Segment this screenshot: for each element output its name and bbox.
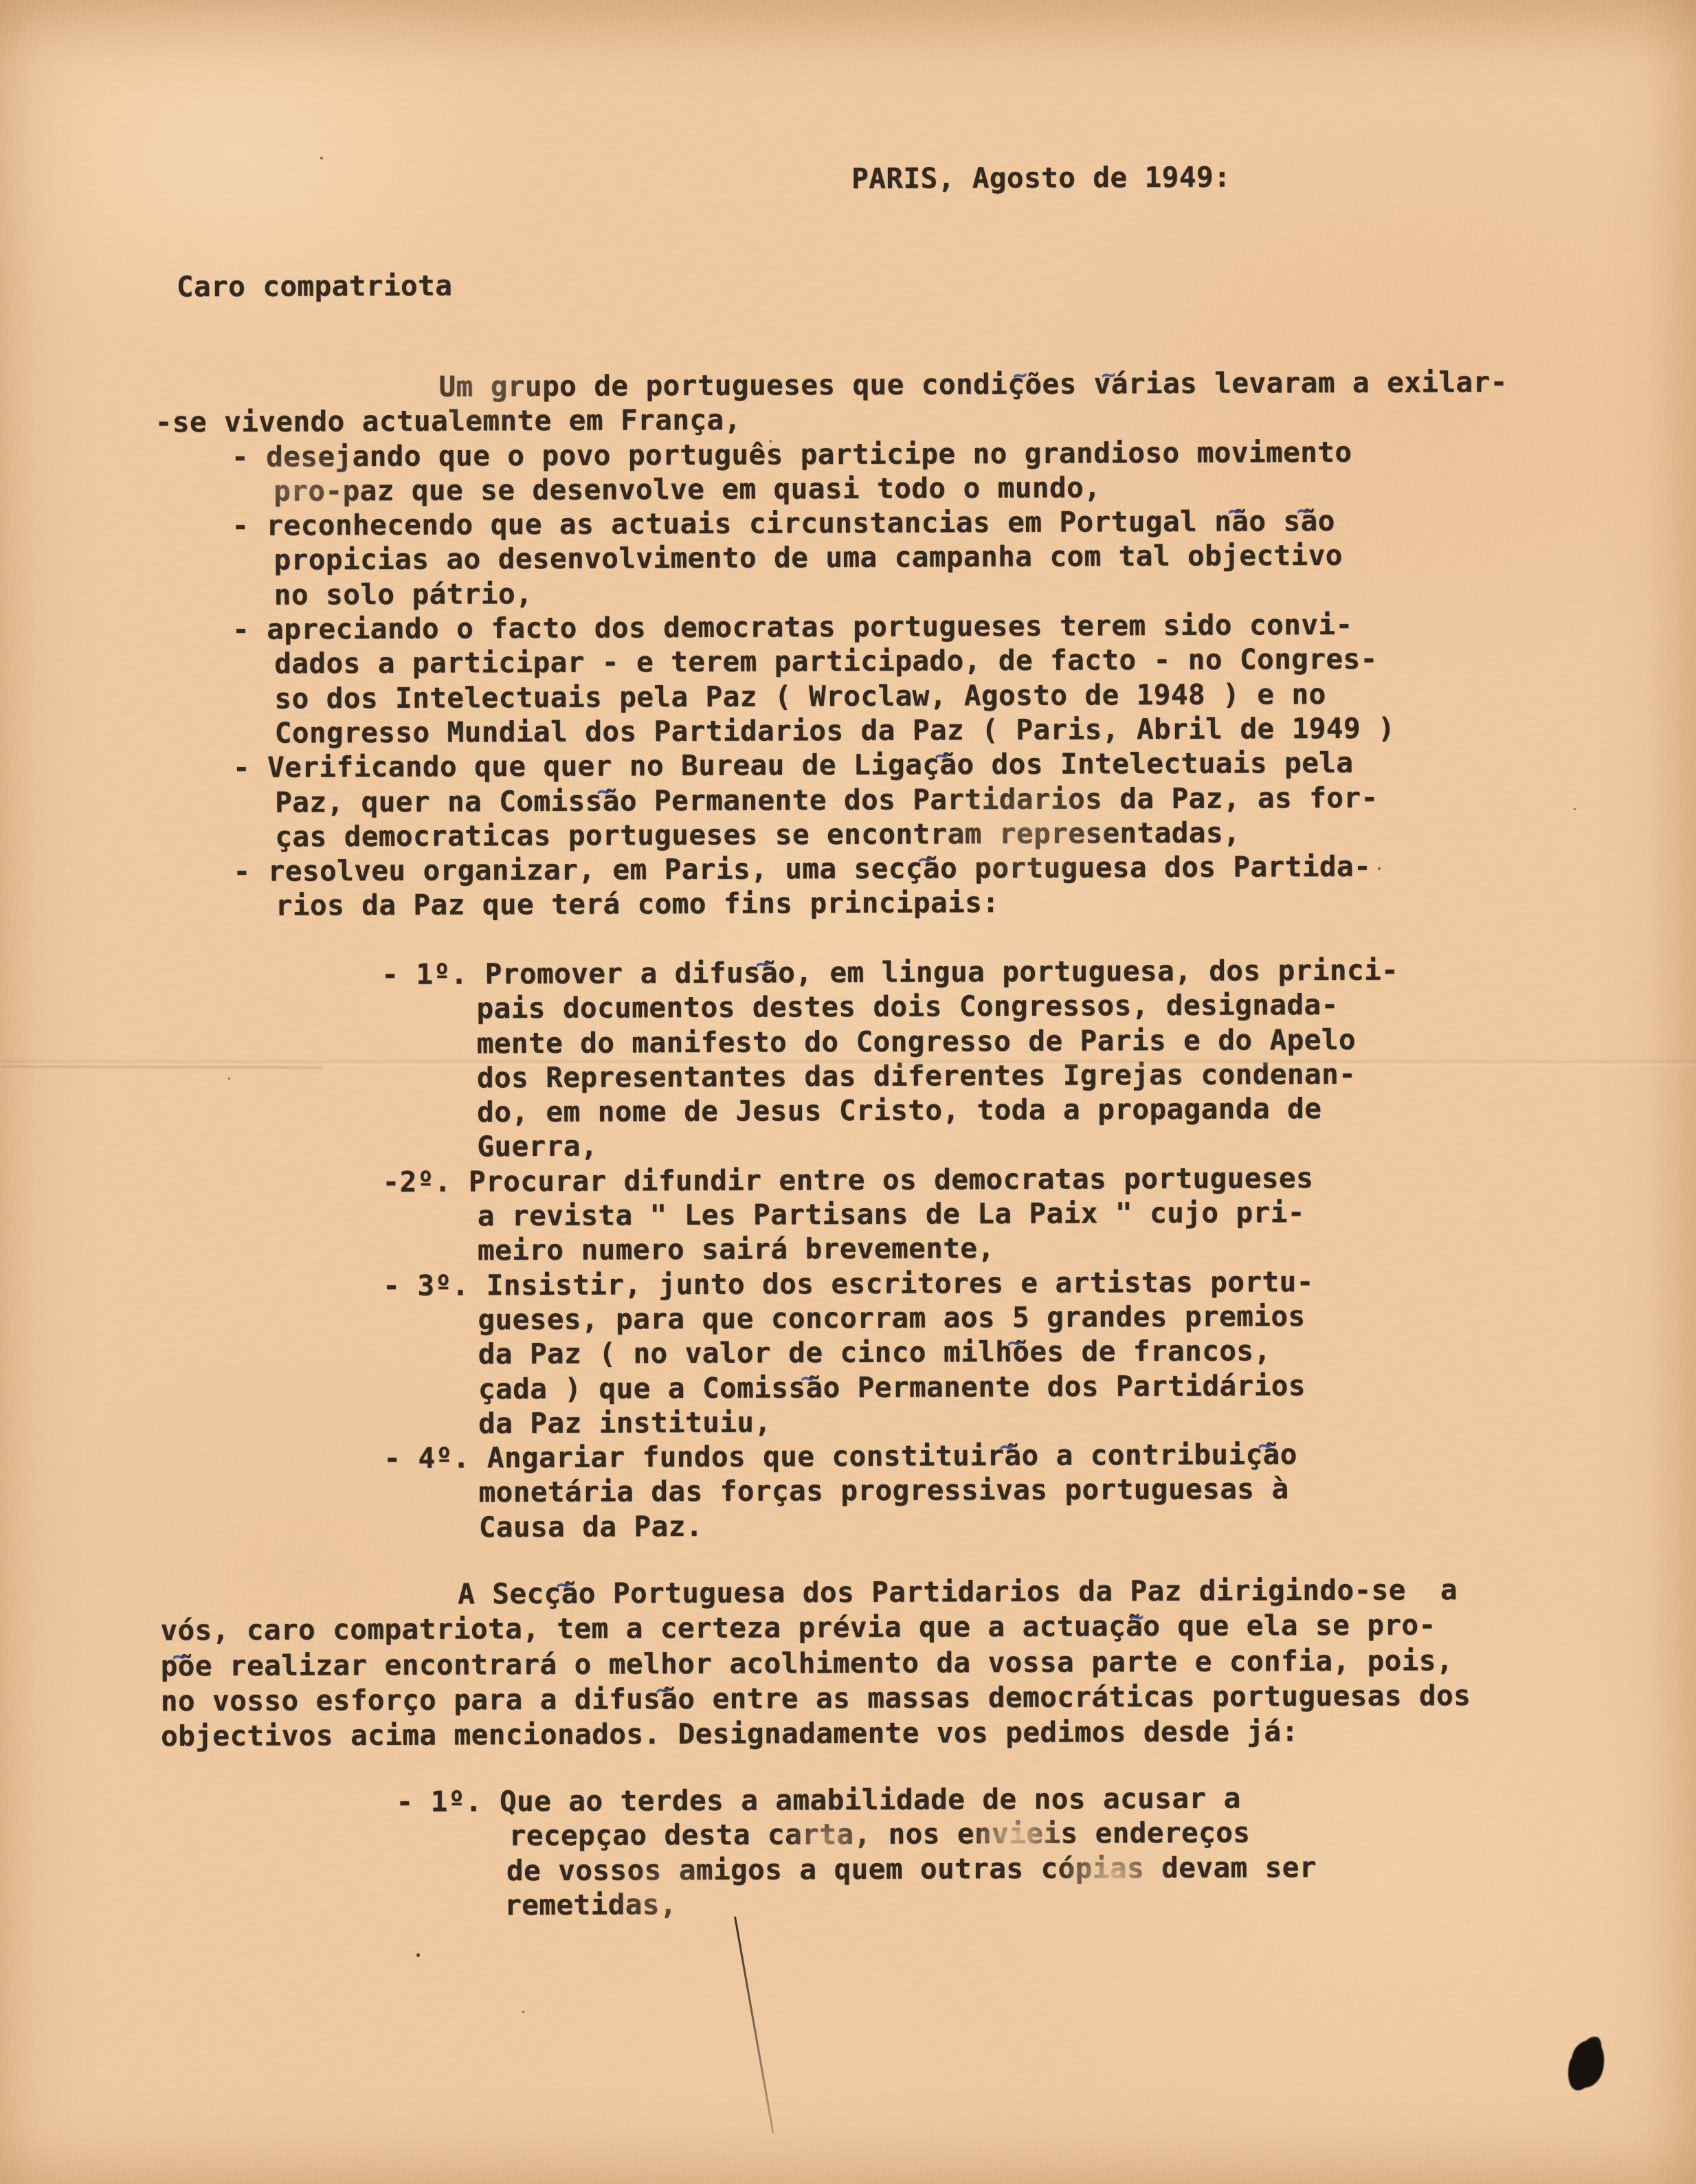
paper-speck [770,440,772,443]
opening-paragraph: Um grupo de portugueses que condições vá… [155,365,1510,924]
request-list: - 1º. Que ao terdes a amabilidade de nos… [396,1781,1317,1923]
letter-line: -se vivendo actualemnte em França, [155,399,1508,440]
letter-line: - desejando que o povo português partici… [155,434,1508,474]
letter-line: no solo pátrio, [156,572,1508,613]
letter-line: Congresso Mundial dos Partidarios da Paz… [157,711,1509,751]
letter-line: - 1º. Que ao terdes a amabilidade de nos… [396,1781,1316,1819]
letter-line: ças democraticas portugueses se encontra… [157,814,1509,855]
aims-list: - 1º. Promover a difusão, em lingua port… [381,953,1401,1545]
letter-line: do, em nome de Jesus Cristo, toda a prop… [382,1091,1399,1130]
letter-line: da Paz instituiu, [383,1402,1401,1441]
letter-line: - Verificando que quer no Bureau de Liga… [157,745,1509,785]
letter-line: gueses, para que concorram aos 5 grandes… [383,1298,1400,1337]
dateline: PARIS, Agosto de 1949: [851,160,1231,196]
paper-speck [320,157,323,159]
paper-speck [416,1953,420,1957]
letter-line: remetidas, [397,1884,1317,1923]
letter-line: objectivos acima mencionados. Designadam… [161,1713,1471,1754]
letter-line: mente do manifesto do Congresso de Paris… [382,1022,1399,1061]
letter-line: Guerra, [382,1126,1399,1165]
letter-line: A Secção Portuguesa dos Partidarios da P… [160,1572,1471,1614]
letter-line: de vossos amigos a quem outras cópias de… [397,1850,1317,1888]
letter-line: recepçao desta carta, nos envieis endere… [397,1815,1317,1853]
paper-speck [522,2011,524,2013]
letter-line: pais documentos destes dois Congressos, … [381,988,1398,1027]
letter-line: a revista " Les Partisans de La Paix " c… [383,1195,1400,1234]
typewritten-text-layer: PARIS, Agosto de 1949: Caro compatriota … [0,0,1696,2184]
letter-line: Causa da Paz. [384,1506,1401,1545]
letter-line: dados a participar - e terem participado… [156,641,1508,682]
letter-line: - apreciando o facto dos democratas port… [156,607,1508,647]
closing-paragraph: A Secção Portuguesa dos Partidarios da P… [160,1572,1471,1754]
letter-line: meiro numero sairá brevemente, [383,1229,1400,1269]
letter-line: dos Representantes das diferentes Igreja… [382,1056,1399,1095]
letter-line: Paz, quer na Comissão Permanente dos Par… [157,779,1509,820]
letter-scan: PARIS, Agosto de 1949: Caro compatriota … [0,0,1696,2184]
letter-line: - 3º. Insistir, junto dos escritores e a… [383,1264,1400,1303]
paper-speck [228,1078,230,1080]
letter-line: rios da Paz que terá como fins principai… [157,883,1510,924]
paper-speck [1378,867,1381,870]
letter-line: so dos Intelectuais pela Paz ( Wroclaw, … [156,676,1508,716]
letter-line: çada ) que a Comissão Permanente dos Par… [383,1368,1401,1407]
letter-line: propicias ao desenvolvimento de uma camp… [156,537,1508,578]
letter-line: vós, caro compatriota, tem a certeza pré… [160,1607,1471,1649]
letter-line: pro-paz que se desenvolve em quasi todo … [155,469,1508,509]
salutation: Caro compatriota [177,269,453,304]
letter-line: Um grupo de portugueses que condições vá… [155,365,1507,405]
letter-line: - resolveu organizar, em Paris, uma secç… [157,849,1509,889]
letter-line: - 1º. Promover a difusão, em lingua port… [381,953,1398,992]
letter-line: monetária das forças progressivas portug… [383,1471,1401,1511]
letter-line: da Paz ( no valor de cinco milhões de fr… [383,1333,1401,1372]
paper-speck [1574,808,1576,810]
letter-line: - 4º. Angariar fundos que constituirão a… [383,1437,1401,1476]
letter-line: no vosso esforço para a difusão entre as… [161,1678,1471,1719]
letter-line: - reconhecendo que as actuais circunstan… [155,503,1508,544]
letter-line: -2º. Procurar difundir entre os democrat… [382,1160,1399,1199]
letter-line: põe realizar encontrará o melhor acolhim… [161,1643,1471,1684]
